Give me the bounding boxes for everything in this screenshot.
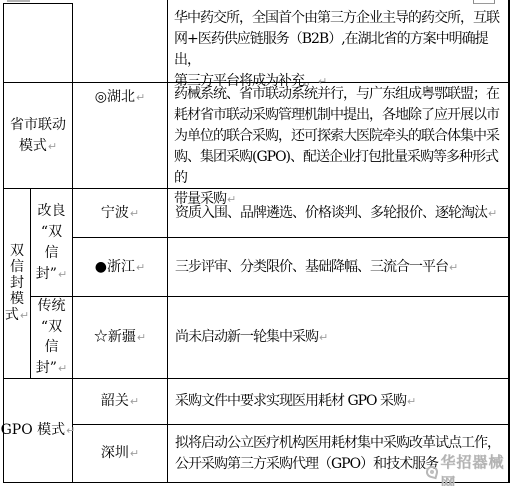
description-text: 资质入围、品牌遴选、价格谈判、多轮报价、逐轮淘汰 [175, 203, 487, 224]
region-cell-shaoguan: 韶关↵ [73, 379, 167, 424]
paragraph-mark: ↵ [449, 257, 458, 278]
region-label: ◎湖北 [95, 87, 135, 108]
paragraph-mark: ↵ [58, 268, 67, 281]
site-watermark: 华招器械网 [426, 451, 515, 486]
watermark-text: 华招器械网 [440, 451, 515, 486]
mode-cell-province-city-linkage: 省市联动模式↵ [4, 83, 72, 188]
mode-cell-double-envelope: 双 信 封 模 式↵ [4, 189, 30, 378]
table-border-top-partial [3, 3, 73, 4]
description-cell-zhejiang: 三步评审、分类限价、基础降幅、三流合一平台↵ [168, 238, 509, 296]
paragraph-mark: ↵ [58, 362, 67, 375]
mode-label-vertical: 双 信 封 模 式↵ [5, 243, 29, 324]
submode-label: 传统 “双 信 封”↵ [36, 296, 67, 379]
cropped-artifact-top-left [7, 0, 30, 2]
paragraph-mark: ↵ [136, 87, 145, 108]
procurement-modes-table-document: 华中药交所，全国首个由第三方企业主导的药交所，互联 网+医药供应链服务（B2B）… [0, 0, 515, 486]
submode-cell-traditional-double-envelope: 传统 “双 信 封”↵ [31, 297, 72, 378]
description-cell-top-partial: 华中药交所，全国首个由第三方企业主导的药交所，互联 网+医药供应链服务（B2B）… [168, 8, 508, 92]
region-cell-hubei: ◎湖北↵ [73, 83, 167, 111]
region-cell-xinjiang: ☆新疆↵ [73, 297, 167, 378]
paragraph-mark: ↵ [407, 391, 416, 412]
description-cell-xinjiang: 尚未启动新一轮集中采购↵ [168, 297, 509, 378]
description-cell-shaoguan: 采购文件中要求实现医用耗材 GPO 采购↵ [168, 379, 509, 424]
paragraph-mark: ↵ [130, 443, 139, 464]
region-label: ☆新疆 [94, 327, 136, 348]
mode-label: GPO 模式 [1, 420, 66, 441]
description-cell-ningbo: 资质入围、品牌遴选、价格谈判、多轮报价、逐轮淘汰↵ [168, 189, 509, 237]
submode-cell-improved-double-envelope: 改良 “双 信 封”↵ [31, 189, 72, 296]
paragraph-mark: ↵ [130, 391, 139, 412]
region-cell-ningbo: 宁波↵ [73, 189, 167, 237]
mode-label: 省市联动模式↵ [8, 115, 68, 157]
region-cell-shenzhen: 深圳↵ [73, 425, 167, 482]
watermark-swirl-logo-icon [425, 465, 440, 480]
description-text: 采购文件中要求实现医用耗材 GPO 采购 [175, 391, 406, 412]
mode-cell-gpo: GPO 模式↵ [4, 379, 72, 482]
region-label: 宁波 [101, 203, 129, 224]
region-label: 深圳 [101, 443, 129, 464]
submode-label: 改良 “双 信 封”↵ [36, 201, 67, 285]
region-label: ●浙江 [95, 257, 135, 278]
paragraph-mark: ↵ [130, 203, 139, 224]
paragraph-mark: ↵ [48, 140, 57, 153]
description-text: 华中药交所，全国首个由第三方企业主导的药交所，互联 网+医药供应链服务（B2B）… [174, 10, 499, 89]
cropped-artifact-top-right [473, 0, 495, 4]
paragraph-mark: ↵ [136, 257, 145, 278]
paragraph-mark: ↵ [20, 309, 29, 322]
description-text: 尚未启动新一轮集中采购 [175, 327, 318, 348]
region-cell-zhejiang: ●浙江↵ [73, 238, 167, 296]
description-text: 三步评审、分类限价、基础降幅、三流合一平台 [175, 257, 448, 278]
paragraph-mark: ↵ [319, 327, 328, 348]
paragraph-mark: ↵ [488, 203, 497, 224]
paragraph-mark: ↵ [137, 327, 146, 348]
region-label: 韶关 [101, 391, 129, 412]
